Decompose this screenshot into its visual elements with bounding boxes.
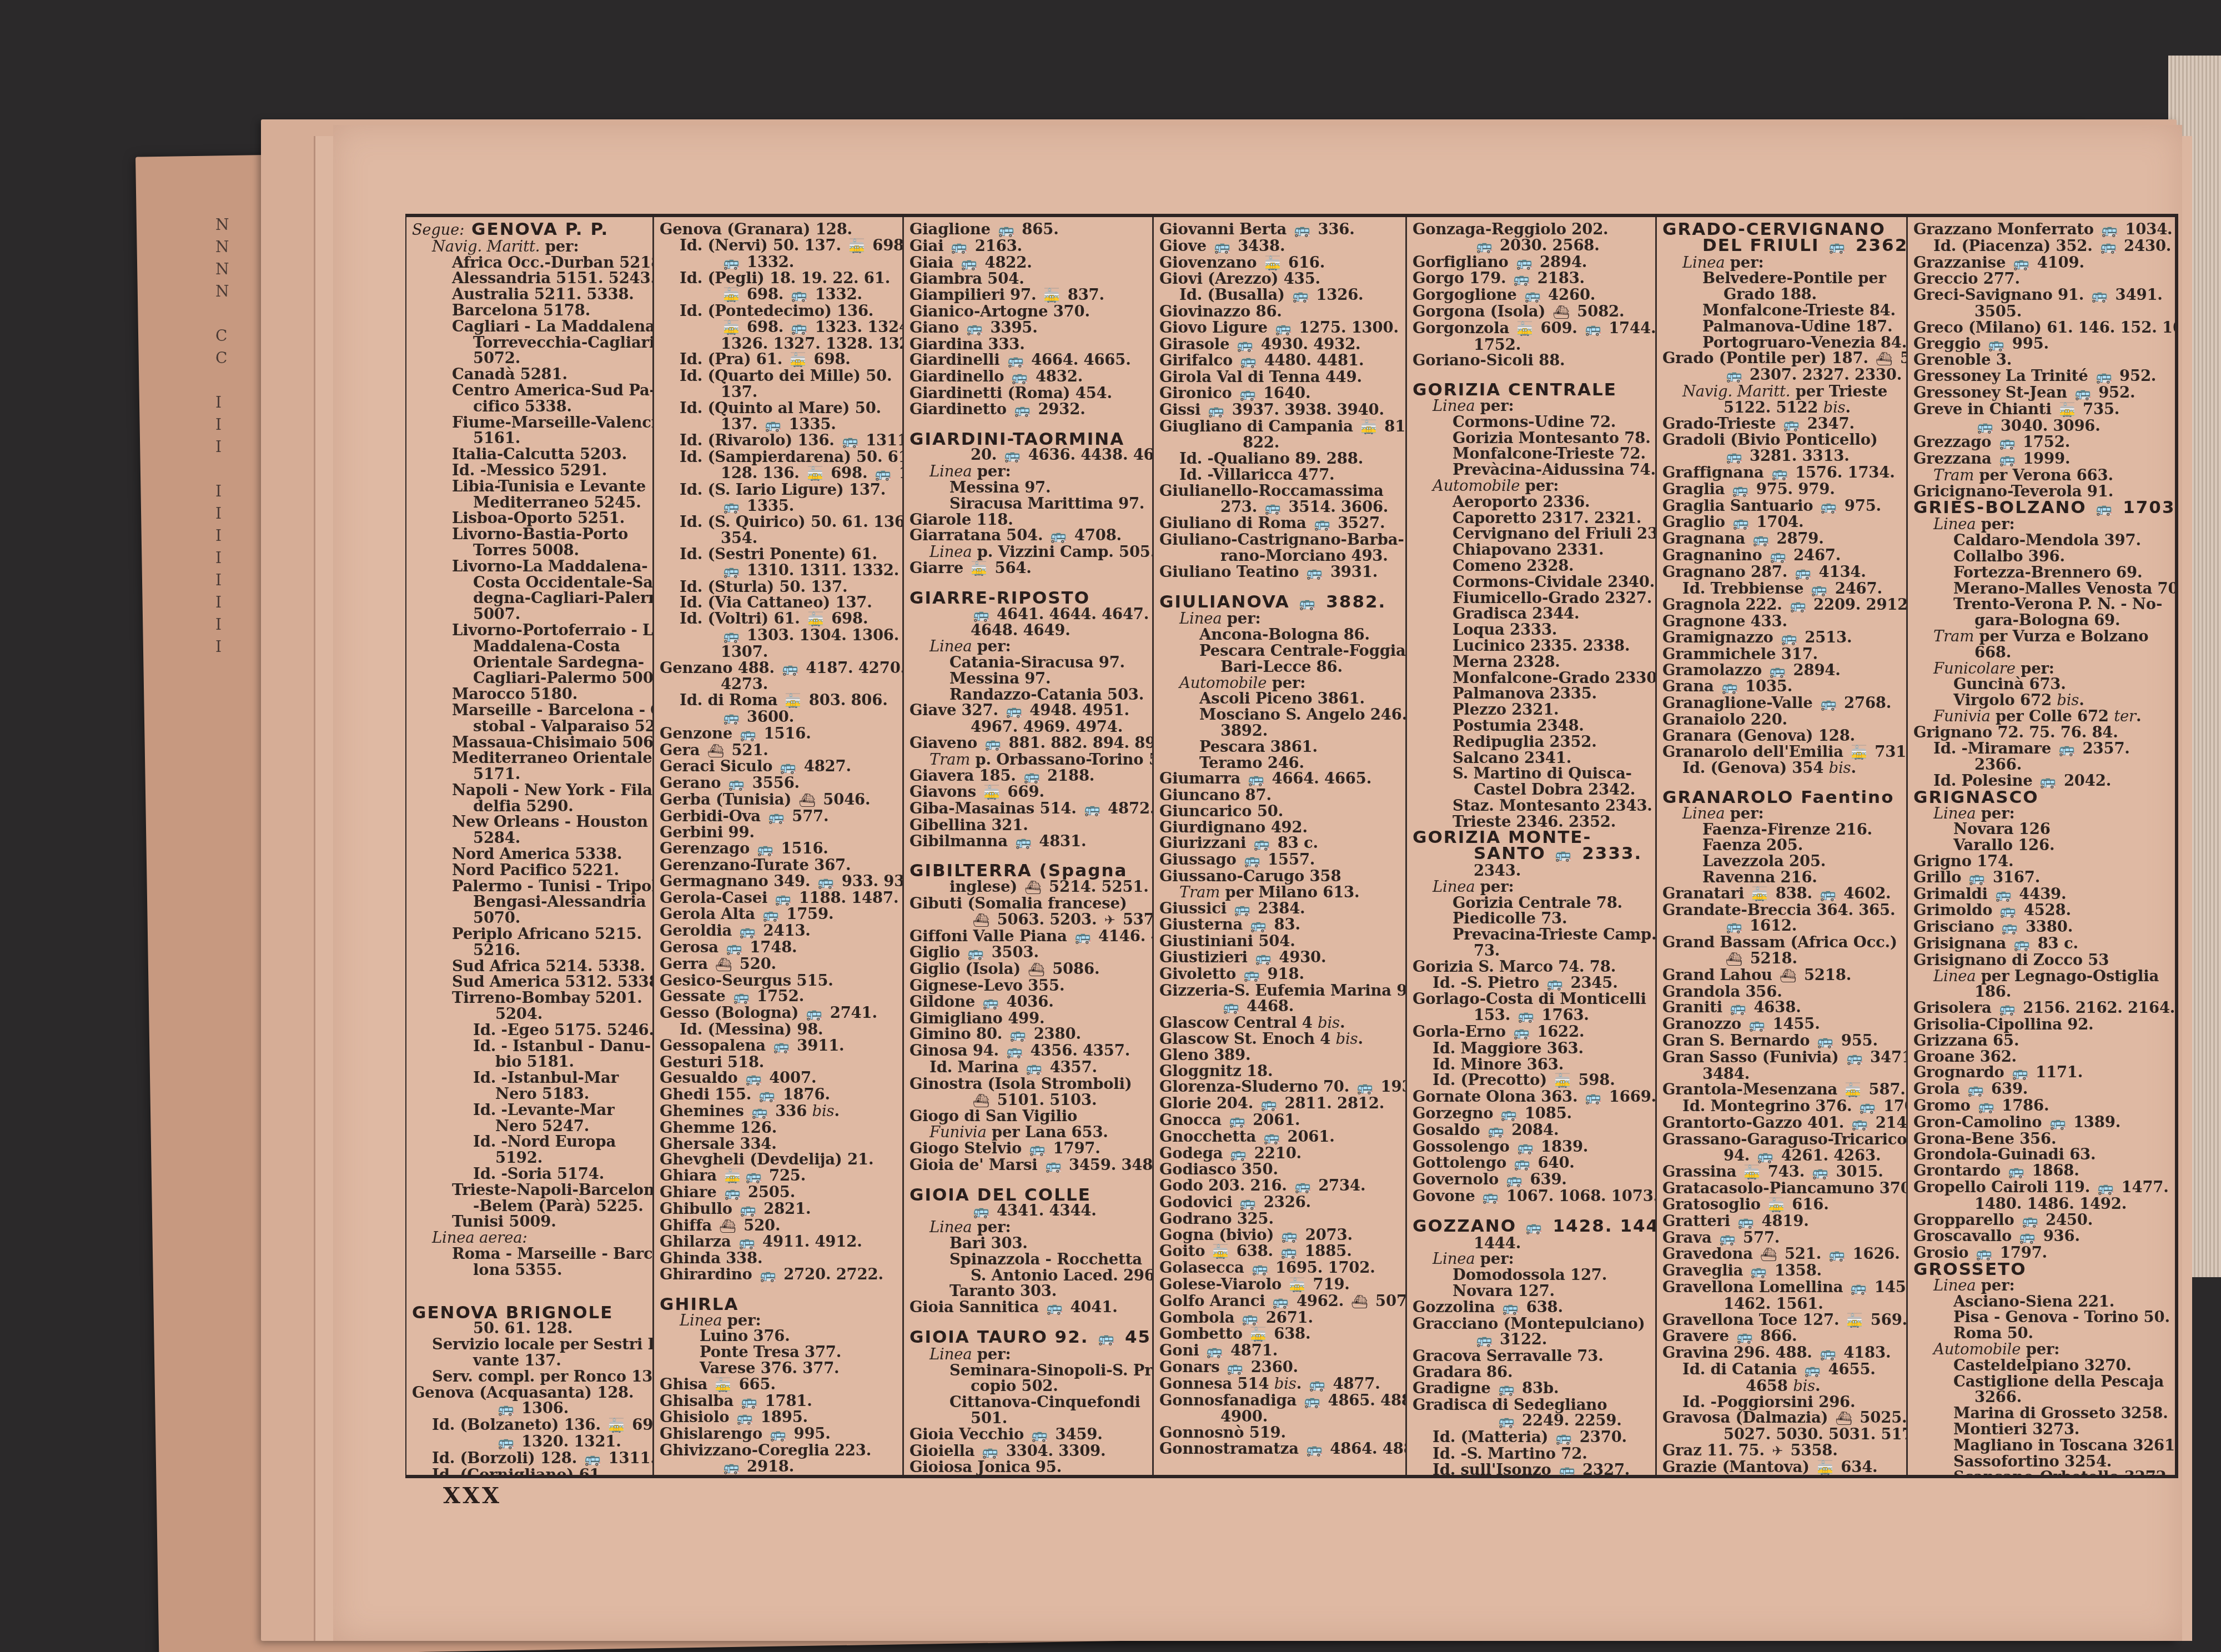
index-entry: Gonnosnò 519. [1159,1425,1401,1441]
index-entry: 1462. 1561. [1662,1296,1902,1312]
bus-icon: 🚌 [1726,368,1742,384]
index-entry: Id. (Bolzaneto) 136. 🚋 698. [412,1417,648,1434]
bus-icon: 🚌 [2013,255,2030,272]
bus-icon: 🚌 [1240,1195,1257,1211]
index-entry: Glascow Central 4 bis. [1159,1015,1401,1031]
index-entry: Gracciano (Montepulciano) [1413,1316,1651,1332]
tram-icon: 🚋 [1817,1460,1833,1475]
index-entry: Monfalcone-Trieste 72. [1413,446,1651,462]
index-entry: Id. -Qualiano 89. 288. [1159,451,1401,467]
bus-icon: 🚌 [1506,1172,1523,1188]
index-entry: Mosciano S. Angelo 246. [1159,707,1401,723]
index-entry: Staz. Montesanto 2343. [1413,798,1651,814]
boat-icon: ⛴ [1876,351,1892,367]
bus-icon: 🚌 [724,1185,741,1201]
index-entry: Id. -Nord Europa [412,1134,648,1150]
index-entry: Grola 🚌 639. [1913,1081,2170,1098]
index-entry: Gonars 🚌 2360. [1159,1359,1401,1376]
bus-icon: 🚌 [1045,1158,1062,1174]
italic-label: Linea [929,543,972,561]
index-entry: Libia-Tunisia e Levante [412,479,648,495]
index-entry: Gerano 🚌 3556. [660,775,898,792]
index-entry: Linea per: [660,1313,898,1329]
boat-icon: ⛴ [1028,962,1045,978]
index-entry: Fiume-Marseille-Valencia [412,415,648,431]
bus-icon: 🚌 [2008,1163,2024,1179]
bus-icon: 🚌 [1280,1244,1297,1260]
index-entry: Gradara 86. [1413,1364,1651,1380]
index-entry: Gradoli (Bivio Ponticello) [1662,432,1902,448]
bus-icon: 🚌 [760,1267,776,1283]
bus-icon: 🚌 [1242,1310,1259,1327]
index-entry: Goriano-Sicoli 88. [1413,353,1651,369]
index-entry: Ghedi 155. 🚌 1876. [660,1087,898,1103]
index-entry: Granarolo dell'Emilia 🚋 731. [1662,744,1902,761]
station-heading: DEL FRIULI 🚌 2362. [1662,238,1902,255]
margin-letter: I [215,636,238,658]
index-entry: Marina di Grosseto 3258. [1913,1405,2170,1422]
index-entry: Gragnano 287. 🚌 4134. [1662,564,1902,581]
bus-icon: 🚌 [875,466,892,482]
index-entry: 🚋 698. 🚌 1323. 1324. [660,319,898,336]
index-entry: Gonzaga-Reggiolo 202. [1413,222,1651,238]
index-entry: Id. - Istanbul - Danu- [412,1038,648,1055]
index-entry: Grado (Pontile per) 187. ⛴ 525. [1662,350,1902,367]
index-entry: 🚌 1335. [660,498,898,515]
bus-icon: 🚌 [1514,1156,1530,1172]
italic-label: Linea [1179,610,1222,627]
index-entry: Grazzano Monferrato 🚌 1034. [1913,222,2170,238]
index-entry: Grona-Bene 356. [1913,1131,2170,1147]
index-entry: 🚌 2307. 2327. 2330. [1662,367,1902,384]
bus-icon: 🚌 [791,320,808,336]
index-entry: 3505. [1913,304,2170,320]
index-entry: Gornate Olona 363. 🚌 1669. [1413,1089,1651,1106]
bus-icon: 🚌 [1244,852,1260,868]
bus-icon: 🚌 [1783,416,1800,433]
index-entry: 186. [1913,984,2170,1000]
index-entry: Gorizia S. Marco 74. 78. [1413,959,1651,975]
bus-icon: 🚌 [2040,774,2057,790]
index-entry: Taranto 303. [909,1283,1148,1299]
suffix-italic: bis [1318,1014,1340,1032]
index-entry: Catania-Siracusa 97. [909,655,1148,671]
tram-icon: 🚋 [1845,1082,1861,1098]
margin-letter: N [215,258,238,280]
index-entry: Giustiniani 504. [1159,933,1401,950]
index-entry: Castiglione della Pescaja [1913,1374,2170,1390]
bus-icon: 🚌 [1029,1141,1046,1157]
index-entry: Giuliano di Roma 🚌 3527. [1159,515,1401,532]
index-entry: Germagnano 349. 🚌 933. 935. [660,873,898,890]
italic-label: Linea [1433,1250,1475,1268]
index-entry: Siracusa Marittima 97. [909,496,1148,512]
index-entry: 137. [660,384,898,400]
italic-label: Segue: [412,222,464,239]
italic-label: Linea [1682,805,1725,822]
index-entry: Italia-Calcutta 5203. [412,446,648,463]
bus-icon: 🚌 [1967,1082,1984,1098]
index-entry: Monfalcone-Grado 2330. [1413,670,1651,686]
index-entry: 🚌 2918. [660,1459,898,1475]
index-entry: 94. 🚌 4261. 4263. [1662,1148,1902,1164]
index-entry: Gnocchetta 🚌 2061. [1159,1129,1401,1146]
boat-icon: ⛴ [720,1218,736,1234]
index-entry: Gerbini 99. [660,825,898,841]
index-entry: Linea per: [909,464,1148,480]
index-entry: Lavezzola 205. [1662,853,1902,870]
index-entry: Mediterraneo 5245. [412,495,648,511]
bus-icon: 🚌 [1015,834,1032,850]
bus-icon: 🚌 [1229,1113,1245,1129]
bus-icon: 🚌 [982,1444,999,1460]
bus-icon: 🚌 [968,945,984,961]
index-entry: Giovi (Arezzo) 435. [1159,271,1401,287]
index-entry: Torrevecchia-Cagliari [412,335,648,351]
bus-icon: 🚌 [1828,1247,1845,1263]
tram-icon: 🚋 [790,352,806,368]
tram-icon: 🚋 [1213,1244,1229,1260]
index-entry: Giave 327. 🚌 4948. 4951. [909,702,1148,719]
index-entry: Giugliano di Campania 🚋 817. [1159,419,1401,435]
bus-icon: 🚌 [1248,771,1264,787]
index-entry: 137. 🚌 1335. [660,416,898,433]
index-entry: inglese) ⛴ 5214. 5251. [909,879,1148,896]
tram-icon: 🚋 [807,611,824,627]
index-entry: Grantorto-Gazzo 401. 🚌 2145. [1662,1115,1902,1132]
bus-icon: 🚌 [1234,901,1250,917]
index-entry: Id. (Via Cattaneo) 137. [660,595,898,611]
index-entry: Gleno 389. [1159,1047,1401,1063]
station-heading: GIARRE-RIPOSTO [909,590,1148,606]
index-entry: 1307. [660,644,898,660]
bus-icon: 🚌 [1255,950,1272,966]
index-entry: Virgolo 672 bis. [1913,692,2170,709]
index-entry: Linea per: [1662,806,1902,822]
bus-icon: 🚌 [1306,1442,1323,1458]
index-entry: Grandate-Breccia 364. 365. [1662,902,1902,918]
index-entry: Gesso (Bologna) 🚌 2741. [660,1005,898,1022]
index-entry: ⛴ 5101. 5103. [909,1092,1148,1109]
index-entry: Ghiare 🚌 2505. [660,1184,898,1201]
index-entry: Grezzago 🚌 1752. [1913,434,2170,451]
index-entry: Grondola-Guinadi 63. [1913,1147,2170,1163]
bus-icon: 🚌 [1314,516,1330,532]
index-entry: Ghislarengo 🚌 995. [660,1426,898,1443]
index-entry: S. Antonio Laced. 296. [909,1268,1148,1284]
index-entry: Gioiella 🚌 3304. 3309. [909,1443,1148,1460]
index-entry: Asciano-Siena 221. [1913,1294,2170,1310]
index-entry: Fortezza-Brennero 69. [1913,565,2170,581]
index-entry: Gromo 🚌 1786. [1913,1098,2170,1114]
index-entry: Cormons-Udine 72. [1413,414,1651,430]
index-entry: Randazzo-Catania 503. [909,687,1148,703]
station-heading: GIOIA TAURO 92. 🚌 4513 [909,1329,1148,1347]
tram-icon: 🚋 [785,693,802,709]
bus-icon: 🚌 [1299,595,1317,611]
bus-icon: 🚌 [2022,1213,2038,1229]
index-entry: Graz 11. 75. ✈ 5358. [1662,1443,1902,1459]
tram-icon: 🚋 [1851,745,1867,761]
index-entry: 🚋 698. 🚌 1332. [660,287,898,303]
bus-icon: 🚌 [1074,929,1091,945]
index-entry: Gioia de' Marsi 🚌 3459. 3485. [909,1157,1148,1174]
index-entry: Marocco 5180. [412,686,648,702]
index-column-1: Segue: GENOVA P. P.Navig. Maritt. per:Af… [406,217,654,1475]
index-entry: Glascow St. Enoch 4 bis. [1159,1031,1401,1047]
index-entry: 4967. 4969. 4974. [909,719,1148,735]
index-entry: Giustizieri 🚌 4930. [1159,950,1401,966]
index-entry: Pescara Centrale-Foggia- [1159,643,1401,659]
index-entry: Graglia 🚌 975. 979. [1662,481,1902,498]
index-entry: Golfo Aranci 🚌 4962. ⛴ 5071. [1159,1293,1401,1310]
index-entry: Id. -Egeo 5175. 5246. [412,1022,648,1038]
bus-icon: 🚌 [728,776,745,792]
index-entry: Serv. compl. per Ronco 136. [412,1369,648,1385]
index-entry: Centro America-Sud Pa- [412,383,648,399]
index-entry: 73. [1413,943,1651,959]
index-entry: 273. 🚌 3514. 3606. [1159,499,1401,516]
index-entry: Ghemines 🚌 336 bis. [660,1103,898,1120]
plane-icon: ✈ [1772,1443,1783,1459]
index-entry: Ghilarza 🚌 4911. 4912. [660,1234,898,1251]
index-entry: Giussago 🚌 1557. [1159,852,1401,868]
suffix-italic: bis [1793,1377,1815,1395]
index-entry: Barcelona 5178. [412,303,648,319]
tram-icon: 🚋 [724,1168,741,1184]
index-entry: Gressoney St-Jean 🚌 952. [1913,385,2170,401]
margin-letter: I [215,547,238,569]
bus-icon: 🚌 [1006,703,1022,719]
index-entry: Id. -S. Pietro 🚌 2345. [1413,975,1651,992]
tram-icon: 🚋 [723,320,740,336]
boat-icon: ⛴ [715,957,732,973]
index-entry: Belvedere-Pontile per [1662,270,1902,287]
index-entry: Giuliano-Castrignano-Barba- [1159,532,1401,548]
index-entry: Automobile per: [1413,478,1651,494]
index-entry: Gropello Cairoli 119. 🚌 1477. [1913,1179,2170,1196]
index-entry: Giogo di San Vigilio [909,1108,1148,1124]
index-entry: Costa Occidentale-Sar- [412,575,648,591]
bus-icon: 🚌 [1999,1001,2016,1017]
bus-icon: 🚌 [1294,222,1310,238]
index-entry: Giarre 🚋 564. [909,560,1148,577]
bus-icon: 🚌 [1812,1164,1828,1181]
bus-icon: 🚌 [1282,1228,1298,1244]
index-entry: Gradisca di Sedegliano [1413,1397,1651,1413]
bus-icon: 🚌 [1260,1096,1277,1112]
index-entry: Id. (Piacenza) 352. 🚌 2430. [1913,238,2170,255]
index-entry: 5122. 5122 bis. [1662,400,1902,416]
index-entry: -Belem (Parà) 5225. [412,1198,648,1214]
bus-icon: 🚌 [1846,1050,1863,1066]
index-entry: 🚌 4468. [1159,998,1401,1015]
index-entry: Gissi 🚌 3937. 3938. 3940. [1159,402,1401,419]
index-entry: Geroldia 🚌 2413. [660,923,898,940]
tram-icon: 🚋 [723,287,740,303]
bus-icon: 🚌 [1852,1116,1868,1132]
bus-icon: 🚌 [1517,1139,1534,1156]
index-entry: Gratteri 🚌 4819. [1662,1213,1902,1230]
index-entry: Ghisa 🚋 665. [660,1377,898,1393]
index-entry: Giambra 504. [909,271,1148,287]
italic-label: Automobile [1179,674,1267,692]
index-entry: Id. (Rivarolo) 136. 🚌 1311 [660,433,898,449]
index-entry: Godega 🚌 2210. [1159,1146,1401,1162]
index-entry: Giardinelli 🚌 4664. 4665. [909,352,1148,369]
index-entry: Gessate 🚌 1752. [660,988,898,1005]
index-entry: 4648. 4649. [909,622,1148,639]
index-entry: Roma 50. [1913,1325,2170,1342]
bus-icon: 🚌 [1995,887,2012,903]
index-entry: Id. (Messina) 98. [660,1022,898,1038]
index-entry: 🚌 2030. 2568. [1413,238,1651,254]
index-entry: Id. (Sturla) 50. 137. [660,579,898,595]
index-entry: Giovinazzo 86. [1159,304,1401,320]
bus-icon: 🚌 [1227,1360,1244,1376]
index-entry: Giuncarico 50. [1159,804,1401,820]
index-entry: Australia 5211. 5338. [412,287,648,303]
index-entry: Gnocca 🚌 2061. [1159,1112,1401,1129]
bus-icon: 🚌 [2059,741,2076,757]
index-entry: Luino 376. [660,1328,898,1344]
index-entry: Nord Pacifico 5221. [412,862,648,878]
italic-label: Linea [1933,515,1976,533]
index-entry: Collalbo 396. [1913,549,2170,565]
boat-icon: ⛴ [1351,1294,1368,1310]
index-entry: Lucinico 2335. 2338. [1413,638,1651,654]
index-entry: Gosaldo 🚌 2084. [1413,1122,1651,1139]
bus-icon: 🚌 [1851,1280,1867,1296]
index-entry: Groscavallo 🚌 936. [1913,1228,2170,1245]
index-entry: Giurdignano 492. [1159,820,1401,836]
index-entry: Automobile per: [1913,1342,2170,1358]
bus-icon: 🚌 [1559,1463,1575,1475]
index-entry: 5070. [412,910,648,926]
index-entry: vante 137. [412,1353,648,1369]
index-entry: Cormons-Cividale 2340. [1413,574,1651,590]
index-entry: Gioiosa Jonica 95. [909,1459,1148,1475]
bus-icon: 🚌 [1516,255,1532,271]
tram-icon: 🚋 [1044,288,1061,304]
index-entry: Africa Occ.-Durban 5218 [412,255,648,271]
index-entry: Gron-Camolino 🚌 1389. [1913,1114,2170,1131]
bus-icon: 🚌 [2100,239,2117,255]
index-entry: Gravellona Lomellina 🚌 1456. [1662,1279,1902,1296]
index-entry: Torres 5008. [412,543,648,559]
bus-icon: 🚌 [1795,565,1812,581]
index-entry: Gironico 🚌 1640. [1159,385,1401,402]
index-entry: 1326. 1327. 1328. 1329 [660,336,898,352]
bus-icon: 🚌 [723,563,740,579]
bus-icon: 🚌 [1051,528,1067,544]
index-entry: Gorla-Erno 🚌 1622. [1413,1024,1651,1041]
index-entry: Id. -Istanbul-Mar [412,1070,648,1086]
index-entry: Gessopalena 🚌 3911. [660,1038,898,1055]
index-entry: Gombola 🚌 2671. [1159,1310,1401,1327]
bus-icon: 🚌 [2014,936,2031,952]
index-entry: Gloggnitz 18. [1159,1063,1401,1079]
index-entry: Messina 97. [909,671,1148,687]
index-entry: delfia 5290. [412,799,648,815]
tram-icon: 🚋 [1554,1073,1571,1089]
index-entry: Tram p. Orbassano-Torino 539 [909,752,1148,768]
index-entry: Pisa - Genova - Torino 50. [1913,1309,2170,1325]
index-entry: Id. -S. Martino 72. [1413,1446,1651,1462]
index-entry: Greci-Savignano 91. 🚌 3491. [1913,287,2170,304]
index-entry: Gravosa (Dalmazia) ⛴ 5025. [1662,1410,1902,1427]
index-entry: Comeno 2328. [1413,558,1651,574]
bus-icon: 🚌 [1207,1343,1223,1359]
bus-icon: 🚌 [1503,1300,1519,1316]
index-entry: Linea per: [909,639,1148,655]
page-number: XXX [443,1483,501,1509]
index-entry: 5027. 5030. 5031. 5179. [1662,1427,1902,1443]
index-entry: Gimigliano 499. [909,1011,1148,1027]
index-entry: Ghevgheli (Devdelija) 21. [660,1152,898,1168]
index-entry: Id. (Genova) 354 bis. [1662,760,1902,776]
index-entry: Sud Africa 5214. 5338. [412,958,648,975]
index-entry: Id. (Matteria) 🚌 2370. [1413,1429,1651,1446]
index-entry: Gesico-Seurgus 515. [660,973,898,989]
index-entry: Graniti 🚌 4638. [1662,1000,1902,1016]
italic-label: Linea [929,1345,972,1363]
bus-icon: 🚌 [1273,1294,1289,1310]
bus-icon: 🚌 [842,433,858,449]
index-entry: Montieri 3273. [1913,1422,2170,1438]
index-entry: Periplo Africano 5215. [412,926,648,942]
index-entry: Id. -Poggiorsini 296. [1662,1394,1902,1410]
index-entry: 4900. [1159,1409,1401,1425]
index-entry: Grand Bassam (Africa Occ.) [1662,935,1902,951]
index-entry: Gera ⛴ 521. [660,742,898,759]
index-entry: Messina 97. [909,480,1148,496]
index-entry: Gratosoglio 🚋 616. [1662,1197,1902,1213]
station-heading: GRIGNASCO [1913,790,2170,806]
index-entry: Grisolera 🚌 2156. 2162. 2164. [1913,1000,2170,1017]
index-entry: 5216. [412,942,648,958]
index-entry: Giovo Ligure 🚌 1275. 1300. [1159,320,1401,337]
index-entry: 🚌 1320. 1321. [412,1434,648,1450]
index-entry: Gerola-Casei 🚌 1188. 1487. [660,890,898,907]
index-entry: Groane 362. [1913,1049,2170,1065]
italic-label: Navig. Maritt. [432,238,540,255]
index-entry: Godiasco 350. [1159,1162,1401,1178]
index-entry: Gesualdo 🚌 4007. [660,1070,898,1087]
index-entry: Greco (Milano) 61. 146. 152. 162. [1913,320,2170,336]
bus-icon: 🚌 [1999,435,2016,451]
bus-icon: 🚌 [1518,1008,1535,1024]
tram-icon: 🚋 [1360,419,1377,435]
index-entry: Gesturi 518. [660,1055,898,1071]
index-entry: Postumia 2348. [1413,718,1651,734]
index-entry: Gerenzano-Turate 367. [660,857,898,873]
index-entry: Ghirardino 🚌 2720. 2722. [660,1267,898,1283]
bus-icon: 🚌 [1821,499,1837,515]
index-entry: Loqua 2333. [1413,622,1651,638]
index-entry: Giuliano Teatino 🚌 3931. [1159,564,1401,581]
bus-icon: 🚌 [745,1071,762,1087]
index-entry: Bari 303. [909,1236,1148,1252]
index-entry: Linea per Legnago-Ostiglia [1913,968,2170,985]
suffix-italic: bis [1110,1474,1133,1475]
index-entry: Greve in Chianti 🚋 735. [1913,401,2170,418]
index-entry: bio 5181. [412,1054,648,1070]
index-entry: Grado 188. [1662,287,1902,303]
index-entry: Giovanni Berta 🚌 336. [1159,222,1401,238]
index-entry: Cagliari-Palermo 5006. [412,670,648,686]
italic-label: Automobile [1433,477,1520,495]
